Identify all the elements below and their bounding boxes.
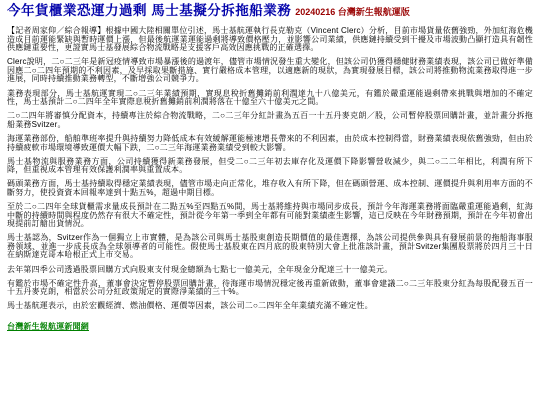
article-paragraph: 馬士基物流與服務業務方面，公司持續獲得新業務發展，但受二○二三年初去庫存化及運價… [7,158,533,175]
article-title-text: 今年貨櫃業恐運力過剩 馬士基擬分拆拖船業務 [7,3,291,18]
article-paragraph: 有鑑於市場不確定性升高，董事會決定暫停股票回購計畫，待海運市場情況穩定後再重新啟… [7,280,533,297]
article-paragraph: 二○二四年將審慎分配資本，持續專注於綜合物流戰略，二○二三年分紅計畫為五百一十五… [7,112,533,129]
article-paragraph: 去年第四季公司透過股票回購方式向股東支付現金總額為七點七一億美元，全年現金分配達… [7,266,533,275]
article-paragraph: 馬士基航運表示，由於宏觀經濟、燃油價格、運價等因素，該公司二○二四年全年業績充滿… [7,302,533,311]
article-paragraph: 馬士基認為，Svitzer作為一個獨立上市實體，是為該公司與馬士基股東創造長期價… [7,234,533,260]
article-title: 今年貨櫃業恐運力過剩 馬士基擬分拆拖船業務20240216 台灣新生報航運版 [7,3,533,20]
article-paragraph: 業務表現部分，馬士基航運實現二○二三年業績預期，實現息稅折舊攤銷前利潤達九十八億… [7,90,533,107]
article-paragraph: Clerc說明，二○二三年是新冠疫情導致市場暴漲後的過渡年，儘管市場情況發生重大… [7,58,533,84]
article-paragraph: 至於二○二四年全球貨櫃需求量成長預計在二點五%至四點五%間，馬士基將維持與市場同… [7,203,533,229]
article-dateline: 20240216 台灣新生報航運版 [295,7,410,17]
article-paragraph: 【記者周家仰／綜合報導】根據中國大陸相關單位引述，馬士基航運執行長克勒克（Vin… [7,27,533,53]
article-body: 【記者周家仰／綜合報導】根據中國大陸相關單位引述，馬士基航運執行長克勒克（Vin… [7,27,533,311]
article-paragraph: 碼頭業務方面，馬士基持續取得穩定業績表現，儘管市場走向正常化，堆存收入有所下降，… [7,180,533,197]
article-page: 今年貨櫃業恐運力過剩 馬士基擬分拆拖船業務20240216 台灣新生報航運版 【… [0,0,540,334]
article-paragraph: 海運業務部份，船舶準班率提升與持續努力降低成本有效緩解運能極速增長帶來的不利因素… [7,135,533,152]
shipping-news-site-link[interactable]: 台灣新生報航運新聞網 [7,322,89,331]
